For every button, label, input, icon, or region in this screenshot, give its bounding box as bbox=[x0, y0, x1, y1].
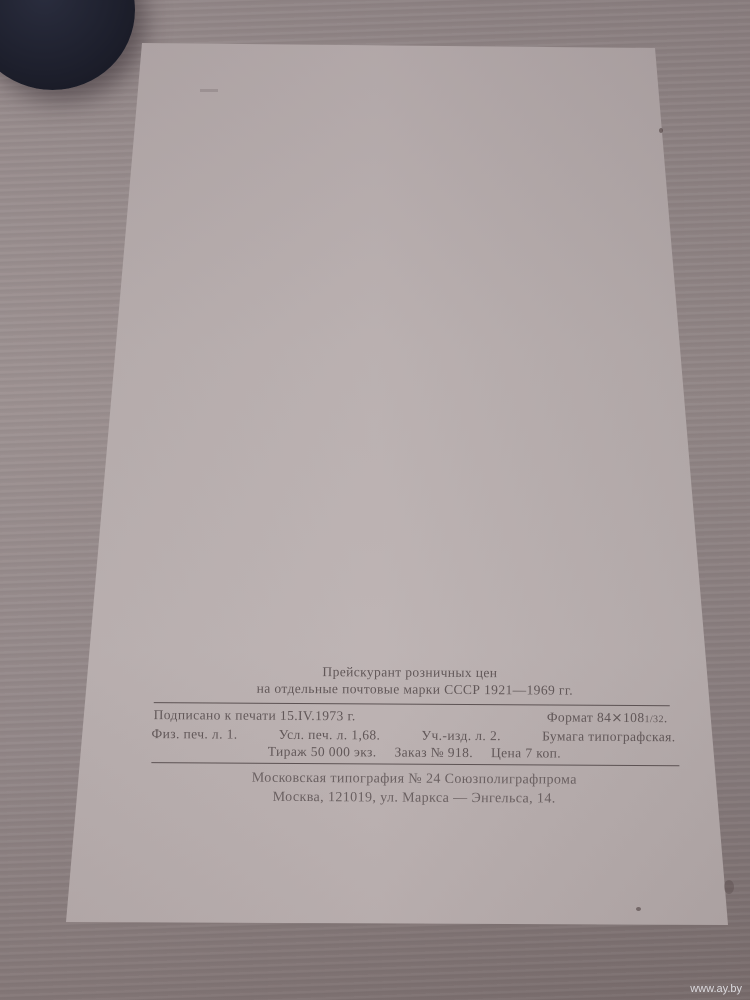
watermark: www.ay.by bbox=[690, 983, 742, 995]
faint-page-mark bbox=[200, 89, 218, 92]
conventional-sheets: Усл. печ. л. 1,68. bbox=[279, 726, 381, 744]
print-sheets: Физ. печ. л. 1. bbox=[152, 725, 238, 743]
title-line-2: на отдельные почтовые марки СССР 1921—19… bbox=[140, 679, 680, 699]
price: Цена 7 коп. bbox=[491, 744, 561, 761]
print-run: Тираж 50 000 экз. bbox=[268, 743, 377, 761]
publisher-sheets: Уч.-изд. л. 2. bbox=[421, 727, 500, 744]
signed-for-print: Подписано к печати 15.IV.1973 г. bbox=[154, 706, 356, 726]
order-number: Заказ № 918. bbox=[394, 744, 473, 761]
paper-speck bbox=[724, 880, 734, 894]
format: Формат 84⨯1081/32. bbox=[547, 708, 668, 728]
paper-speck bbox=[636, 907, 641, 911]
sheets-row: Физ. печ. л. 1. Усл. печ. л. 1,68. Уч.-и… bbox=[140, 725, 680, 745]
printer-address: Москва, 121019, ул. Маркса — Энгельса, 1… bbox=[139, 787, 679, 809]
paper-type: Бумага типографская. bbox=[542, 727, 675, 745]
colophon: Прейскурант розничных цен на отдельные п… bbox=[139, 662, 680, 809]
run-order-price-row: Тираж 50 000 экз. Заказ № 918. Цена 7 ко… bbox=[139, 742, 679, 762]
paper-speck bbox=[659, 128, 663, 133]
divider-bottom bbox=[151, 762, 679, 766]
